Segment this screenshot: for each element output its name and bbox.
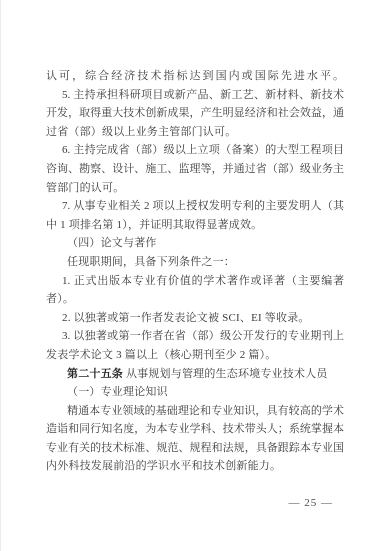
text-line: 内外科技发展前沿的学识水平和技术创新能力。 bbox=[46, 457, 344, 476]
text-line: 开发，取得重大技术创新成果，产生明显经济和社会效益，通 bbox=[46, 104, 344, 123]
article-number: 第二十五条 bbox=[67, 368, 123, 380]
text-line: 1. 正式出版本专业有价值的学术著作或译著（主要编著 bbox=[46, 272, 344, 291]
scan-edge-line bbox=[0, 0, 1, 551]
text-line: 者）。 bbox=[46, 290, 344, 309]
page-number: — 25 — bbox=[289, 497, 334, 509]
text-line: 过省（部）级以上业务主管部门认可。 bbox=[46, 123, 344, 142]
text-line: 咨询、勘察、设计、施工、监理等，并通过省（部）级业务主 bbox=[46, 160, 344, 179]
text-line: 造诣和同行知名度，为本专业学科、技术带头人；系统掌握本 bbox=[46, 420, 344, 439]
text-line: 认可，综合经济技术指标达到国内或国际先进水平。 bbox=[46, 67, 344, 86]
text-line: 发表学术论文 3 篇以上（核心期刊至少 2 篇）。 bbox=[46, 346, 344, 365]
text-line: 任现职期间，具备下列条件之一： bbox=[46, 253, 344, 272]
text-line: 中 1 项排名第 1），并证明其取得显著成效。 bbox=[46, 216, 344, 235]
text-line: 第二十五条 从事规划与管理的生态环境专业技术人员 bbox=[46, 365, 344, 384]
text-line: 管部门的认可。 bbox=[46, 179, 344, 198]
text-line: （四）论文与著作 bbox=[46, 234, 344, 253]
text-line: （一）专业理论知识 bbox=[46, 383, 344, 402]
text-line: 6. 主持完成省（部）级以上立项（备案）的大型工程项目 bbox=[46, 141, 344, 160]
text-line: 专业有关的技术标准、规范、规程和法规，具备跟踪本专业国 bbox=[46, 439, 344, 458]
document-page: { "page": { "background": "#ffffff", "te… bbox=[0, 0, 390, 551]
text-line: 5. 主持承担科研项目或新产品、新工艺、新材料、新技术 bbox=[46, 86, 344, 105]
text-line: 精通本专业领域的基础理论和专业知识，具有较高的学术 bbox=[46, 402, 344, 421]
text-line: 2. 以独著或第一作者发表论文被 SCI、EI 等收录。 bbox=[46, 309, 344, 328]
document-text-block: 认可，综合经济技术指标达到国内或国际先进水平。5. 主持承担科研项目或新产品、新… bbox=[46, 67, 344, 476]
text-line: 3. 以独著或第一作者在省（部）级公开发行的专业期刊上 bbox=[46, 327, 344, 346]
text-line: 7. 从事专业相关 2 项以上授权发明专利的主要发明人（其 bbox=[46, 197, 344, 216]
